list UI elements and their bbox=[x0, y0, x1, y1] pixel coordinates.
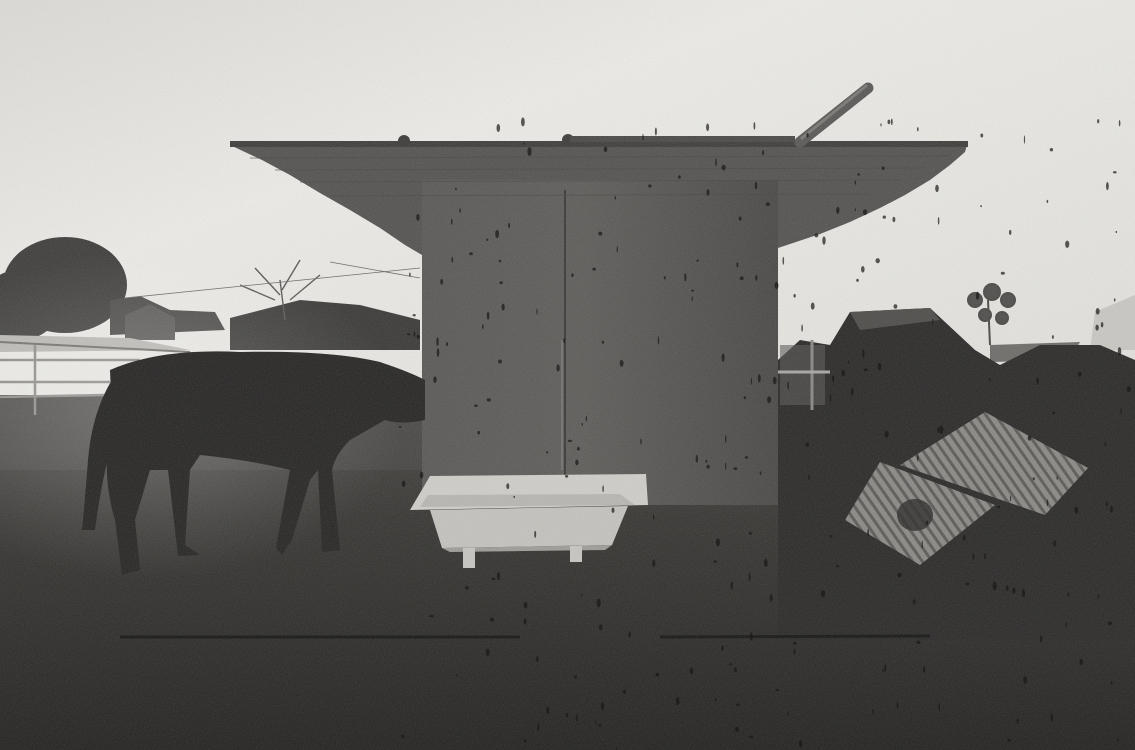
photograph bbox=[0, 0, 1135, 750]
